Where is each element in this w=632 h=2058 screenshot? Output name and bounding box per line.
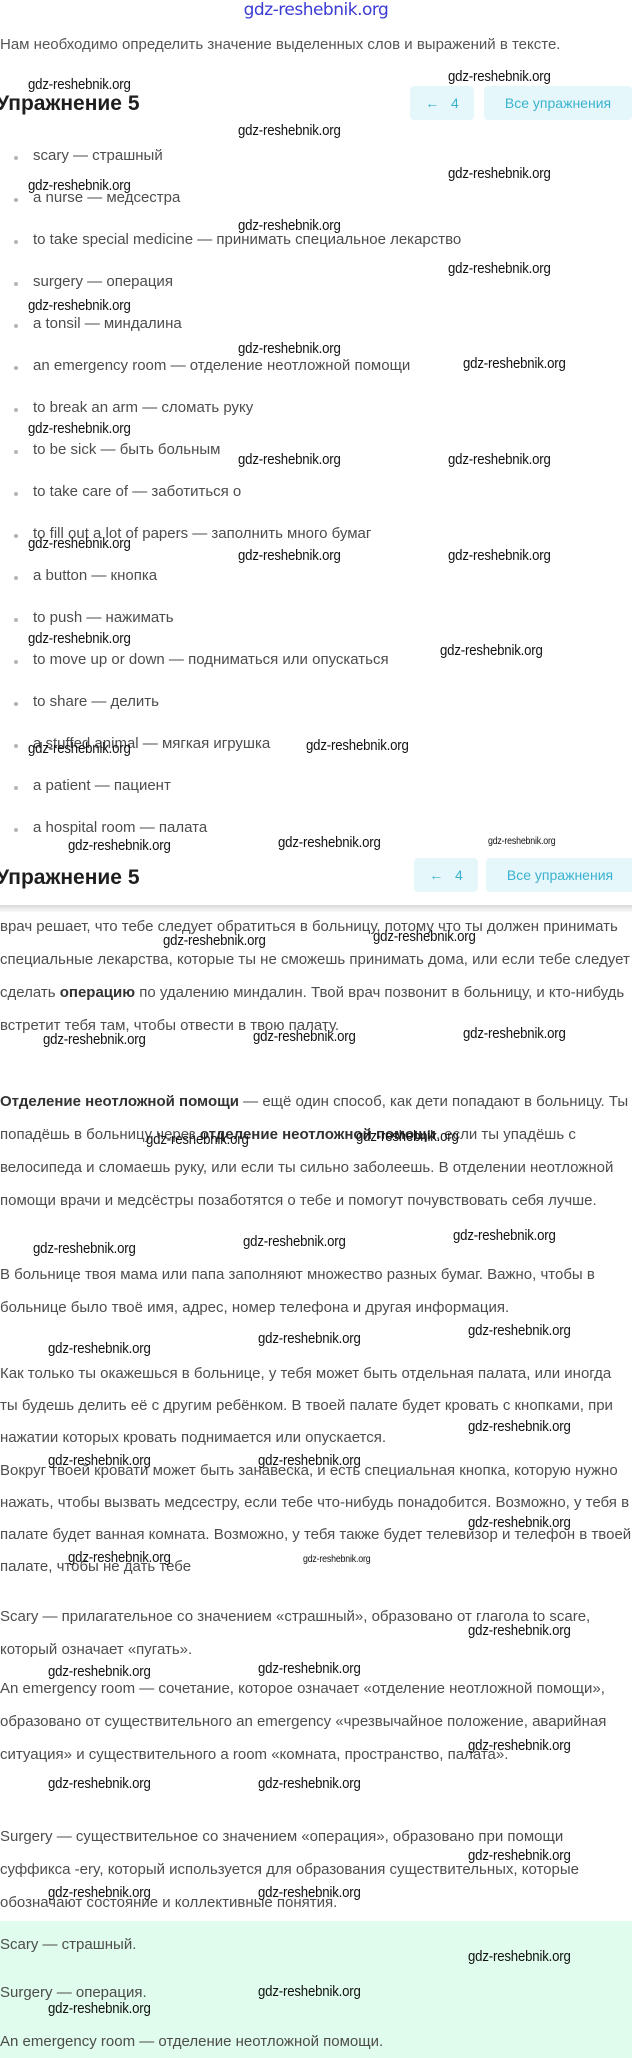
watermark: gdz-reshebnik.org bbox=[68, 1549, 171, 1566]
list-item: a button — кнопка bbox=[12, 567, 157, 584]
bullet-icon bbox=[14, 786, 18, 790]
site-watermark-top: gdz-reshebnik.org bbox=[0, 0, 632, 20]
watermark: gdz-reshebnik.org bbox=[43, 1031, 146, 1048]
arrow-left-icon: ← bbox=[429, 867, 443, 883]
watermark: gdz-reshebnik.org bbox=[258, 1983, 361, 2000]
watermark: gdz-reshebnik.org bbox=[243, 1233, 346, 1250]
bullet-icon bbox=[14, 240, 18, 244]
list-item: an emergency room — отделение неотложной… bbox=[12, 357, 410, 374]
watermark: gdz-reshebnik.org bbox=[468, 1418, 571, 1435]
watermark: gdz-reshebnik.org bbox=[48, 1340, 151, 1357]
answer-line: Scary — страшный. bbox=[0, 1936, 136, 1953]
watermark: gdz-reshebnik.org bbox=[28, 535, 131, 552]
translation-paragraph: В больнице твоя мама или папа заполняют … bbox=[0, 1258, 632, 1324]
answer-line: An emergency room — отделение неотложной… bbox=[0, 2033, 383, 2050]
bullet-icon bbox=[14, 324, 18, 328]
prev-exercise-number: 4 bbox=[455, 867, 463, 883]
bullet-icon bbox=[14, 282, 18, 286]
list-item: to take special medicine — принимать спе… bbox=[12, 231, 461, 248]
watermark: gdz-reshebnik.org bbox=[463, 355, 566, 372]
list-item: to break an arm — сломать руку bbox=[12, 399, 253, 416]
watermark: gdz-reshebnik.org bbox=[463, 1025, 566, 1042]
watermark: gdz-reshebnik.org bbox=[258, 1330, 361, 1347]
bullet-icon bbox=[14, 702, 18, 706]
list-item: scary — страшный bbox=[12, 147, 163, 164]
watermark: gdz-reshebnik.org bbox=[238, 217, 341, 234]
watermark: gdz-reshebnik.org bbox=[28, 177, 131, 194]
bullet-icon bbox=[14, 618, 18, 622]
translation-paragraph: Как только ты окажешься в больнице, у те… bbox=[0, 1358, 632, 1454]
bullet-icon bbox=[14, 534, 18, 538]
prev-exercise-button-2[interactable]: ← 4 bbox=[414, 858, 478, 892]
watermark: gdz-reshebnik.org bbox=[468, 1847, 571, 1864]
watermark: gdz-reshebnik.org bbox=[448, 165, 551, 182]
translation-paragraph: Отделение неотложной помощи — ещё один с… bbox=[0, 1085, 632, 1217]
bullet-icon bbox=[14, 408, 18, 412]
bullet-icon bbox=[14, 492, 18, 496]
bullet-icon bbox=[14, 366, 18, 370]
intro-text: Нам необходимо определить значение выдел… bbox=[0, 28, 620, 61]
watermark: gdz-reshebnik.org bbox=[48, 1663, 151, 1680]
watermark: gdz-reshebnik.org bbox=[238, 340, 341, 357]
watermark: gdz-reshebnik.org bbox=[440, 642, 543, 659]
list-item: a hospital room — палата bbox=[12, 819, 207, 836]
watermark: gdz-reshebnik.org bbox=[238, 547, 341, 564]
watermark: gdz-reshebnik.org bbox=[448, 260, 551, 277]
explanation-paragraph: Surgery — существительное со значением «… bbox=[0, 1820, 632, 1919]
watermark: gdz-reshebnik.org bbox=[68, 837, 171, 854]
watermark: gdz-reshebnik.org bbox=[238, 451, 341, 468]
prev-exercise-button[interactable]: ← 4 bbox=[410, 86, 474, 120]
list-item: to take care of — заботиться о bbox=[12, 483, 241, 500]
watermark: gdz-reshebnik.org bbox=[48, 2000, 151, 2017]
translation-paragraph: врач решает, что тебе следует обратиться… bbox=[0, 910, 632, 1042]
watermark: gdz-reshebnik.org bbox=[448, 68, 551, 85]
all-exercises-button[interactable]: Все упражнения bbox=[484, 86, 632, 120]
exercise-title: Упражнение 5 bbox=[0, 92, 140, 116]
arrow-left-icon: ← bbox=[425, 95, 439, 111]
watermark: gdz-reshebnik.org bbox=[468, 1622, 571, 1639]
bullet-icon bbox=[14, 744, 18, 748]
watermark: gdz-reshebnik.org bbox=[468, 1948, 571, 1965]
list-item: surgery — операция bbox=[12, 273, 173, 290]
watermark: gdz-reshebnik.org bbox=[356, 1128, 459, 1145]
watermark: gdz-reshebnik.org bbox=[28, 630, 131, 647]
list-item: a patient — пациент bbox=[12, 777, 171, 794]
watermark: gdz-reshebnik.org bbox=[468, 1514, 571, 1531]
watermark: gdz-reshebnik.org bbox=[253, 1028, 356, 1045]
watermark: gdz-reshebnik.org bbox=[306, 737, 409, 754]
list-item: to push — нажимать bbox=[12, 609, 174, 626]
watermark: gdz-reshebnik.org bbox=[28, 297, 131, 314]
watermark: gdz-reshebnik.org bbox=[28, 420, 131, 437]
bullet-icon bbox=[14, 198, 18, 202]
answer-line: Surgery — операция. bbox=[0, 1984, 147, 2001]
bullet-icon bbox=[14, 660, 18, 664]
watermark: gdz-reshebnik.org bbox=[448, 451, 551, 468]
list-item: to move up or down — подниматься или опу… bbox=[12, 651, 389, 668]
watermark: gdz-reshebnik.org bbox=[303, 1554, 370, 1565]
list-item: a tonsil — миндалина bbox=[12, 315, 182, 332]
watermark: gdz-reshebnik.org bbox=[453, 1227, 556, 1244]
explanation-paragraph: An emergency room — сочетание, которое о… bbox=[0, 1672, 632, 1771]
bullet-icon bbox=[14, 450, 18, 454]
watermark: gdz-reshebnik.org bbox=[33, 1240, 136, 1257]
exercise-title-2: Упражнение 5 bbox=[0, 866, 140, 890]
bullet-icon bbox=[14, 156, 18, 160]
watermark: gdz-reshebnik.org bbox=[258, 1452, 361, 1469]
watermark: gdz-reshebnik.org bbox=[488, 836, 555, 847]
bullet-icon bbox=[14, 576, 18, 580]
watermark: gdz-reshebnik.org bbox=[163, 932, 266, 949]
watermark: gdz-reshebnik.org bbox=[468, 1322, 571, 1339]
watermark: gdz-reshebnik.org bbox=[28, 740, 131, 757]
watermark: gdz-reshebnik.org bbox=[238, 122, 341, 139]
watermark: gdz-reshebnik.org bbox=[48, 1884, 151, 1901]
watermark: gdz-reshebnik.org bbox=[258, 1775, 361, 1792]
watermark: gdz-reshebnik.org bbox=[258, 1660, 361, 1677]
watermark: gdz-reshebnik.org bbox=[278, 834, 381, 851]
watermark: gdz-reshebnik.org bbox=[146, 1131, 249, 1148]
list-item: to be sick — быть больным bbox=[12, 441, 220, 458]
watermark: gdz-reshebnik.org bbox=[28, 76, 131, 93]
list-item: to share — делить bbox=[12, 693, 159, 710]
all-exercises-button-2[interactable]: Все упражнения bbox=[486, 858, 632, 892]
watermark: gdz-reshebnik.org bbox=[48, 1775, 151, 1792]
watermark: gdz-reshebnik.org bbox=[373, 928, 476, 945]
prev-exercise-number: 4 bbox=[451, 95, 459, 111]
watermark: gdz-reshebnik.org bbox=[48, 1452, 151, 1469]
bullet-icon bbox=[14, 828, 18, 832]
watermark: gdz-reshebnik.org bbox=[258, 1884, 361, 1901]
watermark: gdz-reshebnik.org bbox=[468, 1737, 571, 1754]
watermark: gdz-reshebnik.org bbox=[448, 547, 551, 564]
